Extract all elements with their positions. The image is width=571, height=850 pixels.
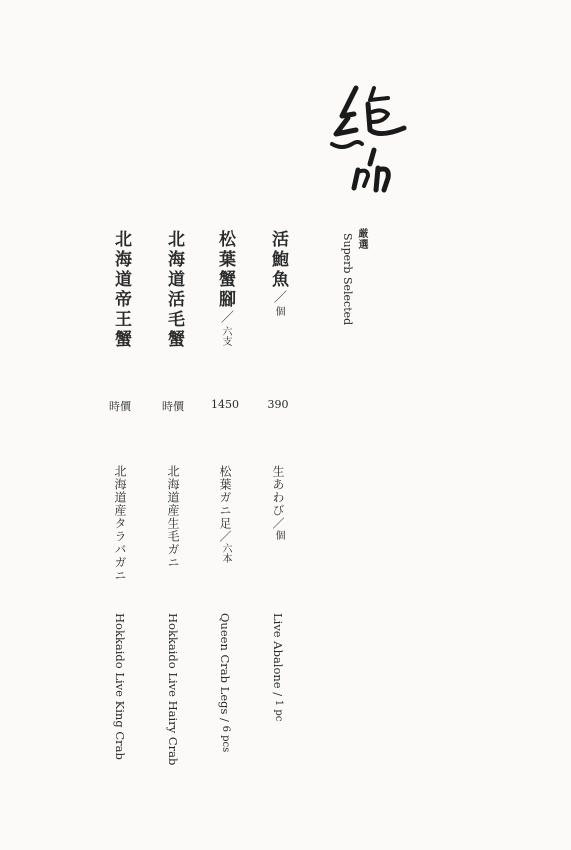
menu-item-name-jp: 松葉ガニ足／六本: [218, 465, 232, 563]
menu-item-price: 時價: [162, 398, 184, 414]
menu-item-name-zh: 活鮑魚／個: [268, 230, 288, 316]
menu-item-name-zh: 北海道帝王蟹: [111, 230, 131, 350]
menu-item-name-jp: 生あわび／個: [271, 465, 285, 540]
menu-item-price: 時價: [109, 398, 131, 414]
menu-item-name-en: Hokkaido Live King Crab: [113, 613, 127, 760]
title-calligraphy: [318, 78, 408, 198]
menu-item-name-en: Hokkaido Live Hairy Crab: [166, 613, 180, 765]
section-label-en: Superb Selected: [341, 233, 354, 325]
menu-item-price: 1450: [211, 398, 239, 411]
menu-item-price: 390: [268, 398, 289, 411]
section-label-jp: 厳選: [354, 228, 369, 250]
menu-item-name-en: Queen Crab Legs / 6 pcs: [218, 613, 232, 752]
menu-item-name-en: Live Abalone / 1 pc: [271, 613, 285, 721]
menu-item-name-jp: 北海道産タラバガニ: [113, 465, 127, 582]
menu-item-name-zh: 松葉蟹腳／六支: [215, 230, 235, 346]
menu-item-name-zh: 北海道活毛蟹: [164, 230, 184, 350]
menu-item-name-jp: 北海道産生毛ガニ: [166, 465, 180, 569]
